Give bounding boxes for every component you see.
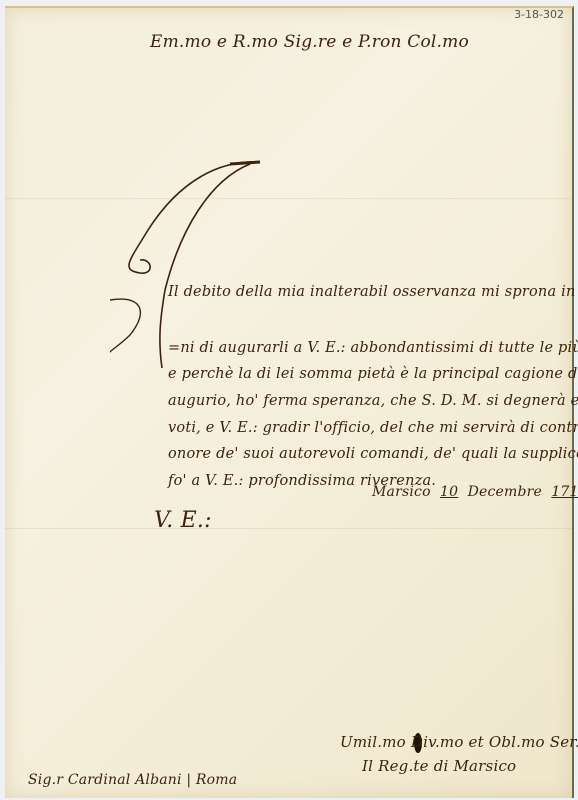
letter-body-line: voti, e V. E.: gradir l'officio, del che… bbox=[168, 420, 578, 436]
date-month: Decembre bbox=[468, 484, 542, 500]
place-and-date: Marsico 10 Decembre 1718. bbox=[372, 484, 578, 500]
date-year: 1718 bbox=[551, 484, 578, 500]
signature-line-1: Umil.mo Div.mo et Obl.mo Ser.re bbox=[340, 733, 578, 751]
letter-body-line: e perchè la di lei somma pietà è la prin… bbox=[168, 366, 578, 382]
place: Marsico bbox=[372, 484, 431, 500]
letter-body-line: Il debito della mia inalterabil osservan… bbox=[168, 284, 578, 300]
letter-body-line: onore de' suoi autorevoli comandi, de' q… bbox=[168, 446, 578, 462]
letter-body-line: augurio, ho' ferma speranza, che S. D. M… bbox=[168, 393, 578, 409]
letter-body-line: =ni di augurarli a V. E.: abbondantissim… bbox=[168, 340, 578, 356]
paper-fold bbox=[5, 198, 572, 199]
date-day: 10 bbox=[440, 484, 458, 500]
paper-fold bbox=[5, 528, 572, 529]
addressee: Sig.r Cardinal Albani | Roma bbox=[28, 772, 237, 788]
decorative-initial-flourish bbox=[110, 150, 270, 370]
signature-line-2: Il Reg.te di Marsico bbox=[362, 757, 516, 775]
salutation: Em.mo e R.mo Sig.re e P.ron Col.mo bbox=[150, 32, 469, 52]
archive-reference: 3-18-302 bbox=[514, 8, 564, 21]
closing-abbreviation: V. E.: bbox=[154, 508, 212, 533]
